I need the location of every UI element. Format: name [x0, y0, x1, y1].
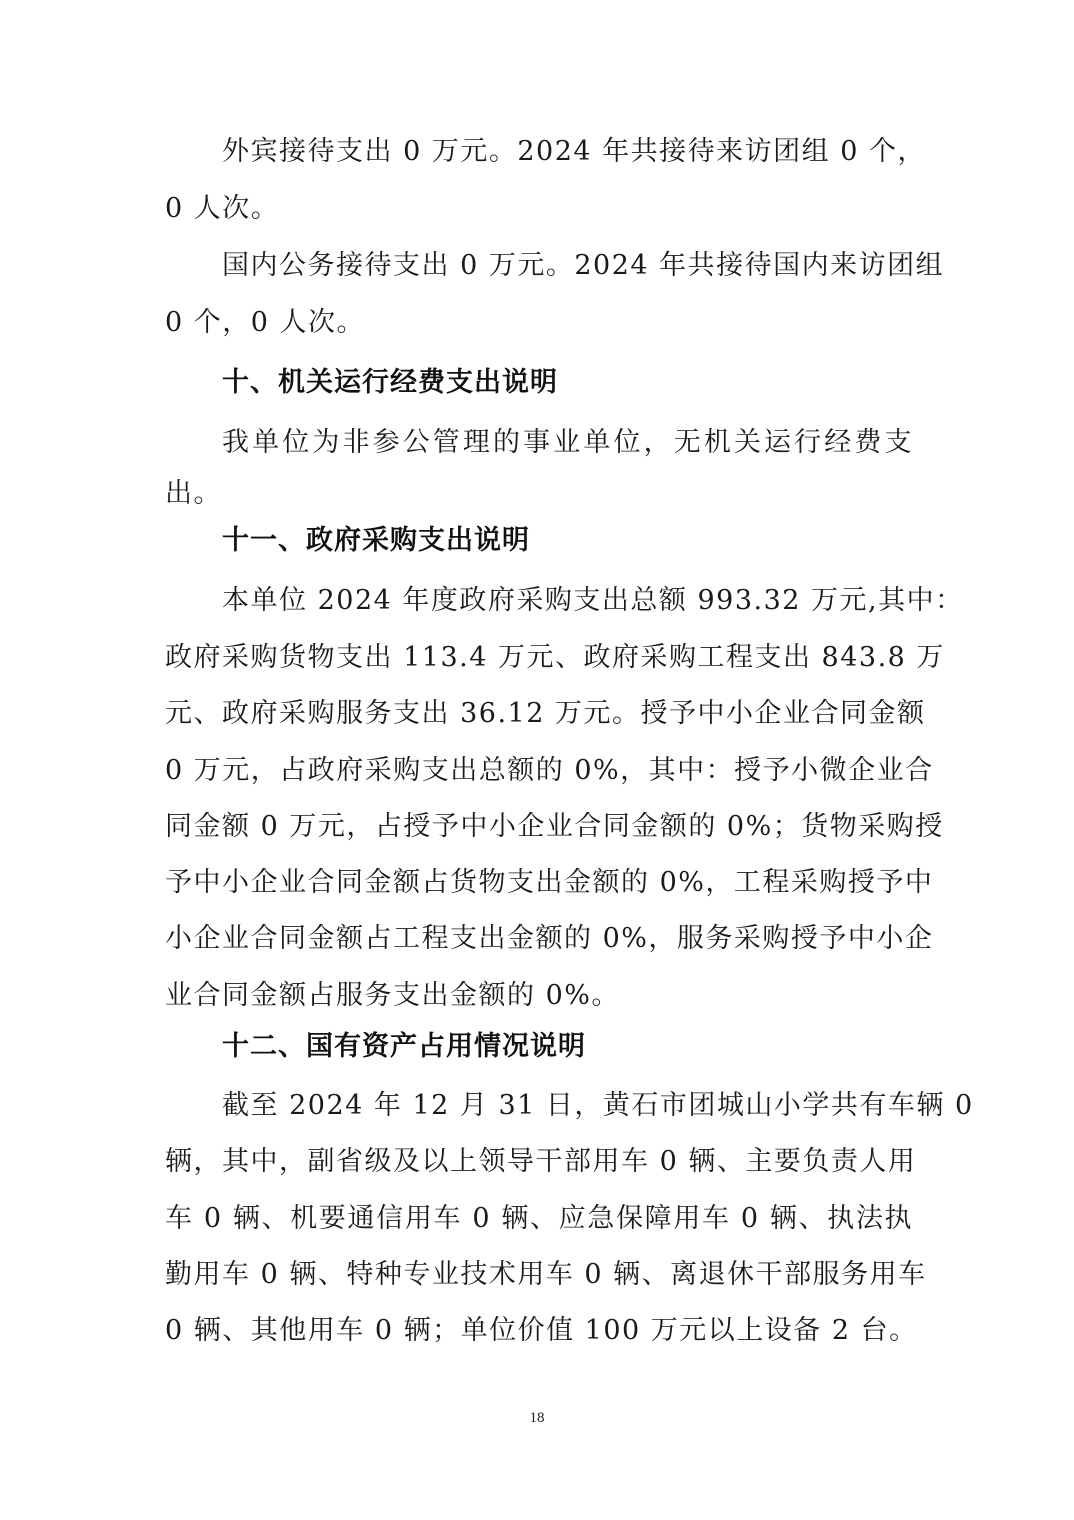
paragraph-line: 勤用车 0 辆、特种专业技术用车 0 辆、离退休干部服务用车 [165, 1258, 913, 1292]
paragraph-line: 0 万元，占政府采购支出总额的 0%，其中：授予小微企业合 [165, 754, 913, 788]
document-page: 外宾接待支出 0 万元。2024 年共接待来访团组 0 个，0 人次。国内公务接… [0, 0, 1074, 1520]
paragraph-line: 本单位 2024 年度政府采购支出总额 993.32 万元,其中： [222, 584, 913, 618]
paragraph-line: 0 个，0 人次。 [165, 306, 913, 340]
paragraph-line: 小企业合同金额占工程支出金额的 0%，服务采购授予中小企 [165, 922, 913, 956]
paragraph-line: 辆，其中，副省级及以上领导干部用车 0 辆、主要负责人用 [165, 1145, 913, 1179]
section-heading: 十二、国有资产占用情况说明 [222, 1030, 913, 1064]
paragraph-line: 政府采购货物支出 113.4 万元、政府采购工程支出 843.8 万 [165, 641, 913, 675]
paragraph-line: 出。 [165, 477, 913, 511]
page-number: 18 [0, 1410, 1074, 1427]
paragraph-line: 元、政府采购服务支出 36.12 万元。授予中小企业合同金额 [165, 697, 913, 731]
paragraph-line: 我单位为非参公管理的事业单位，无机关运行经费支 [222, 426, 913, 460]
paragraph-line: 外宾接待支出 0 万元。2024 年共接待来访团组 0 个， [222, 135, 913, 169]
paragraph-line: 国内公务接待支出 0 万元。2024 年共接待国内来访团组 [222, 249, 913, 283]
paragraph-line: 业合同金额占服务支出金额的 0%。 [165, 979, 913, 1013]
paragraph-line: 予中小企业合同金额占货物支出金额的 0%，工程采购授予中 [165, 866, 913, 900]
section-heading: 十、机关运行经费支出说明 [222, 366, 913, 400]
paragraph-line: 0 辆、其他用车 0 辆；单位价值 100 万元以上设备 2 台。 [165, 1314, 913, 1348]
paragraph-line: 0 人次。 [165, 192, 913, 226]
paragraph-line: 同金额 0 万元，占授予中小企业合同金额的 0%；货物采购授 [165, 810, 913, 844]
section-heading: 十一、政府采购支出说明 [222, 524, 913, 558]
paragraph-line: 车 0 辆、机要通信用车 0 辆、应急保障用车 0 辆、执法执 [165, 1202, 913, 1236]
paragraph-line: 截至 2024 年 12 月 31 日，黄石市团城山小学共有车辆 0 [222, 1089, 913, 1123]
